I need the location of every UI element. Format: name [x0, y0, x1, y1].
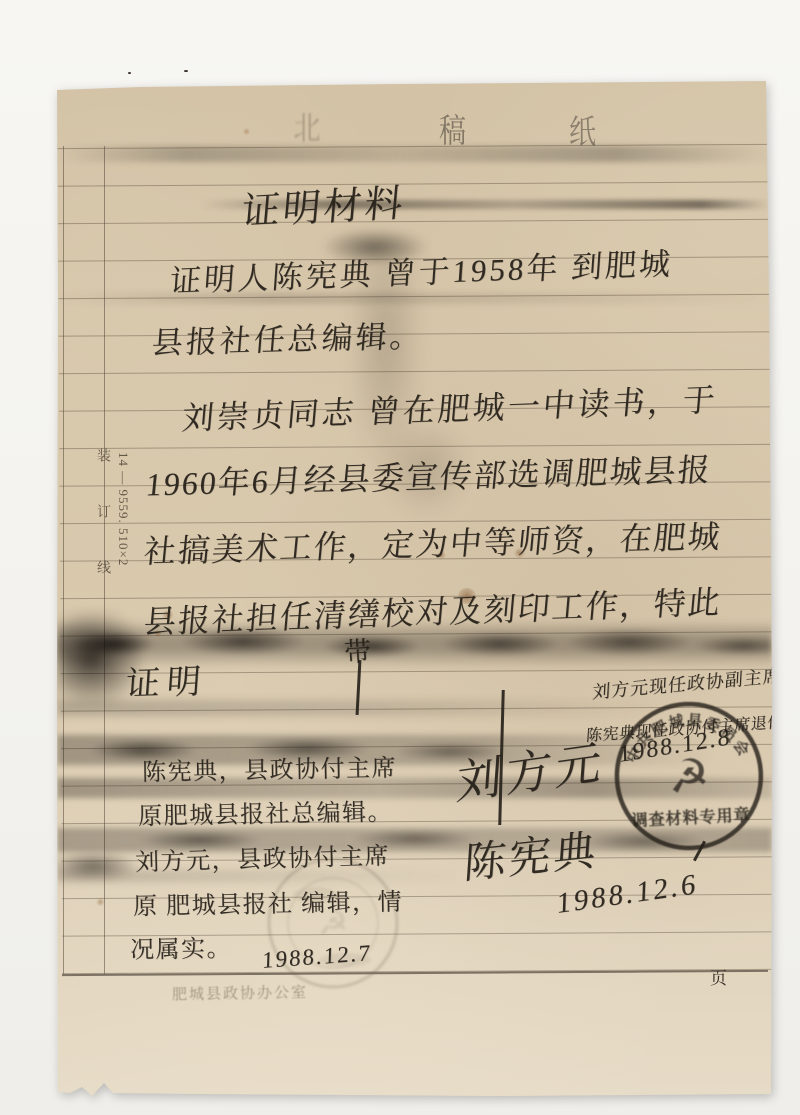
scanned-document: 北 稿 纸 14 — 9559. 510×2 装订线 证明材料 证明人陈宪典 曾… [0, 0, 800, 1115]
attestation-line: 况属实。 [130, 928, 233, 965]
header-ghost-char: 北 [293, 103, 320, 149]
handwritten-line: 县报社任总编辑。 [150, 310, 425, 362]
stamp-label: 调查材料专用章 [631, 805, 751, 830]
attestation-line: 原 肥城县报社 编辑，情 [133, 882, 404, 922]
attestation-line: 陈宪典，县政协付主席 [142, 748, 398, 787]
margin-serial-number: 14 — 9559. 510×2 [115, 452, 131, 566]
official-stamp: 中共肥城县委员会 ☭ 调查材料专用章 [603, 692, 775, 864]
page-label: 页 [710, 964, 727, 989]
attestation-line: 刘方元，县政协付主席 [135, 836, 391, 878]
binding-line-label: 装订线 [92, 448, 112, 616]
stain [243, 128, 250, 135]
binding-frame-line-outer [63, 146, 64, 974]
manuscript-paper: 北 稿 纸 14 — 9559. 510×2 装订线 证明材料 证明人陈宪典 曾… [0, 0, 800, 1115]
handwritten-title: 证明材料 [240, 172, 409, 236]
footer-organization: 肥城县政协办公室 [172, 981, 308, 1004]
sheet-title-char-gao: 稿 [439, 105, 466, 152]
attestation-line: 原肥城县报社总编辑。 [138, 792, 394, 831]
handwritten-line: 证明 [124, 653, 209, 705]
sheet-title-char-zhi: 纸 [569, 106, 596, 153]
